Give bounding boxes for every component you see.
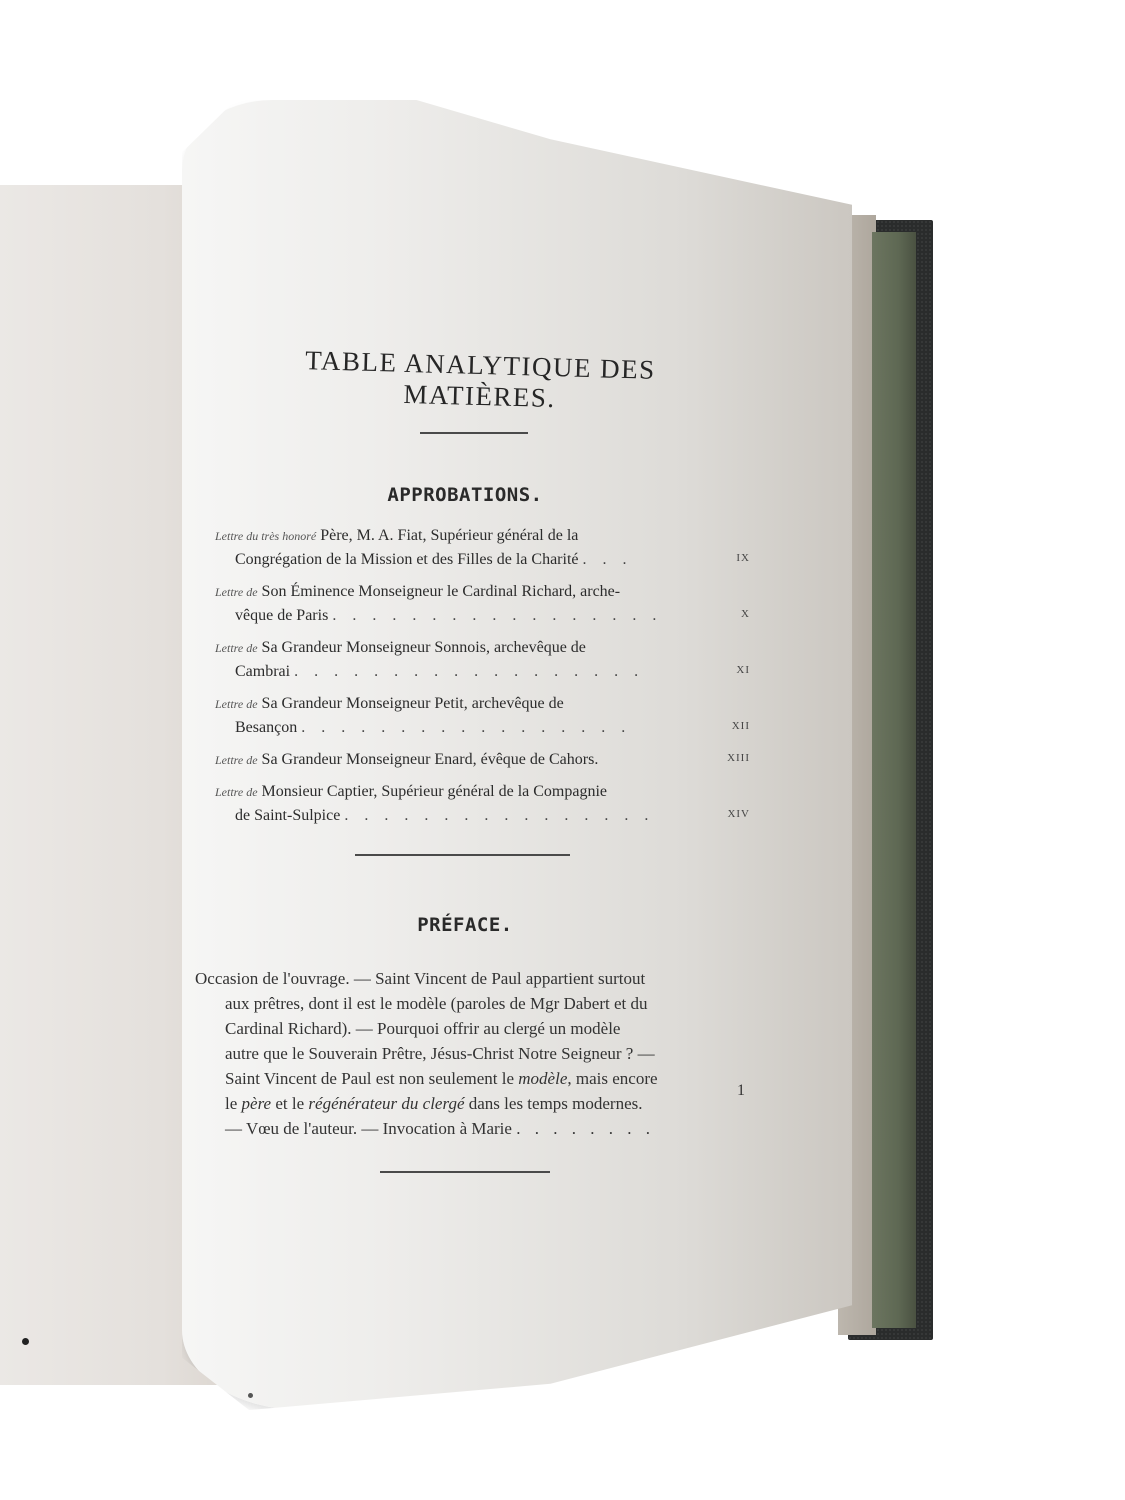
entry-lead: Lettre de [215, 641, 258, 655]
leader-dots: . . . . . . . . . . . . . . . . [344, 807, 654, 824]
entry-text-cont: Besançon [235, 719, 297, 736]
entry-text: Sa Grandeur Monseigneur Sonnois, archevê… [262, 639, 586, 656]
page-content: TABLE ANALYTIQUE DES MATIÈRES. APPROBATI… [205, 350, 725, 1173]
text-run: , mais encore [567, 1069, 657, 1088]
page-number: XI [736, 658, 750, 682]
italic-run: modèle [518, 1069, 567, 1088]
section-rule [355, 854, 570, 856]
italic-run: père [242, 1094, 272, 1113]
entry-text: Sa Grandeur Monseigneur Enard, évêque de… [262, 751, 599, 768]
ink-spot [22, 1338, 29, 1345]
preface-line: le père et le régénérateur du clergé dan… [205, 1091, 695, 1116]
text-run: dans les temps modernes. [465, 1094, 643, 1113]
entry-text-cont: Congrégation de la Mission et des Filles… [235, 551, 579, 568]
preface-line: Saint Vincent de Paul est non seulement … [205, 1066, 695, 1091]
entry-lead: Lettre de [215, 585, 258, 599]
entry-lead: Lettre de [215, 697, 258, 711]
toc-entry[interactable]: Lettre du très honoré Père, M. A. Fiat, … [215, 524, 725, 572]
leader-dots: . . . . . . . . . . . . . . . . . . [294, 663, 644, 680]
green-endpaper [872, 232, 916, 1328]
text-run: — Vœu de l'auteur. — Invocation à Marie [225, 1119, 512, 1138]
preface-line: — Vœu de l'auteur. — Invocation à Marie … [205, 1116, 695, 1141]
leader-dots: . . . . . . . . . . . . . . . . . [332, 607, 662, 624]
entry-text-cont: Cambrai [235, 663, 290, 680]
italic-run: régénérateur du clergé [308, 1094, 464, 1113]
page-number: IX [736, 546, 750, 570]
entry-text: Père, M. A. Fiat, Supérieur général de l… [320, 527, 578, 544]
preface-line: Cardinal Richard). — Pourquoi offrir au … [205, 1016, 695, 1041]
preface-entry[interactable]: Occasion de l'ouvrage. — Saint Vincent d… [205, 966, 725, 1141]
toc-entry[interactable]: Lettre de Son Éminence Monseigneur le Ca… [215, 580, 725, 628]
entry-lead: Lettre du très honoré [215, 529, 316, 543]
page-number: XIV [727, 802, 750, 826]
entry-text: Sa Grandeur Monseigneur Petit, archevêqu… [262, 695, 564, 712]
section-heading-approbations: APPROBATIONS. [205, 484, 725, 506]
text-run: Saint Vincent de Paul est non seulement … [225, 1069, 518, 1088]
page-number: XII [732, 714, 750, 738]
toc-entry[interactable]: Lettre de Sa Grandeur Monseigneur Petit,… [215, 692, 725, 740]
title-rule [420, 432, 528, 434]
ink-spot [248, 1393, 253, 1398]
closing-rule [380, 1171, 550, 1173]
leader-dots: . . . . . . . . [516, 1119, 655, 1138]
section-heading-preface: PRÉFACE. [205, 914, 725, 936]
entry-lead: Lettre de [215, 753, 258, 767]
entry-text-cont: de Saint-Sulpice [235, 807, 340, 824]
page-number: X [741, 602, 750, 626]
toc-entry[interactable]: Lettre de Monsieur Captier, Supérieur gé… [215, 780, 725, 828]
toc-entry[interactable]: Lettre de Sa Grandeur Monseigneur Sonnoi… [215, 636, 725, 684]
leader-dots: . . . [583, 551, 633, 568]
entry-text: Son Éminence Monseigneur le Cardinal Ric… [262, 583, 621, 600]
text-run: et le [271, 1094, 308, 1113]
text-run: le [225, 1094, 242, 1113]
page-title: TABLE ANALYTIQUE DES MATIÈRES. [234, 343, 726, 419]
entry-text-cont: vêque de Paris [235, 607, 328, 624]
preface-line: autre que le Souverain Prêtre, Jésus-Chr… [205, 1041, 695, 1066]
approbations-list: Lettre du très honoré Père, M. A. Fiat, … [205, 524, 725, 828]
page-number: 1 [737, 1078, 745, 1103]
entry-text: Monsieur Captier, Supérieur général de l… [262, 783, 607, 800]
leader-dots: . . . . . . . . . . . . . . . . . [301, 719, 631, 736]
entry-lead: Lettre de [215, 785, 258, 799]
preface-line: aux prêtres, dont il est le modèle (paro… [205, 991, 695, 1016]
toc-entry[interactable]: Lettre de Sa Grandeur Monseigneur Enard,… [215, 748, 725, 772]
page-number: XIII [727, 746, 750, 770]
preface-line: Occasion de l'ouvrage. — Saint Vincent d… [195, 966, 695, 991]
